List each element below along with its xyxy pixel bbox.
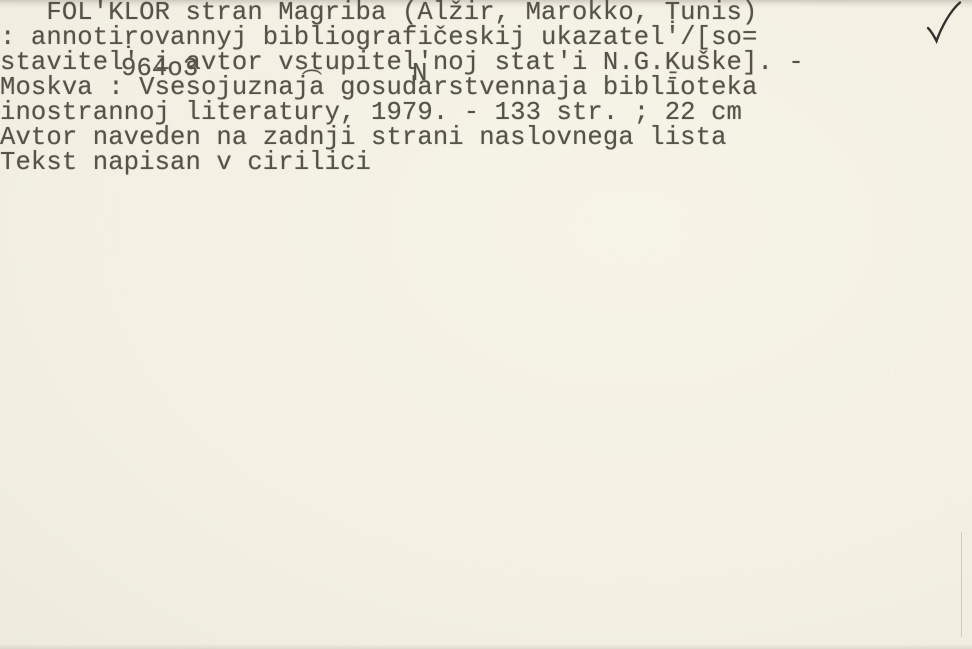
call-number: 964o3 xyxy=(121,56,198,81)
catalog-card: 964o3 N FOL'KLOR stran Magriba (Alžir, M… xyxy=(0,0,972,649)
checkmark-icon xyxy=(921,0,969,52)
notes-section: Avtor naveden na zadnji strani naslovneg… xyxy=(0,125,972,175)
note-line: Tekst napisan v cirilici xyxy=(0,150,972,175)
entry-line: : annotiṛovannyj bibliografičeskij ukaza… xyxy=(0,25,972,50)
note-line: Avtor naveden na zadnji strani naslovneg… xyxy=(0,125,972,150)
entry-line: inostrannoj literatury, 1979. - 133 str.… xyxy=(0,100,972,125)
entry-line: FOL'KLOR stran Magriba (Alžir, Marokko, … xyxy=(0,0,972,25)
heading-letter: N xyxy=(412,61,427,86)
card-edge-crease xyxy=(961,532,962,637)
